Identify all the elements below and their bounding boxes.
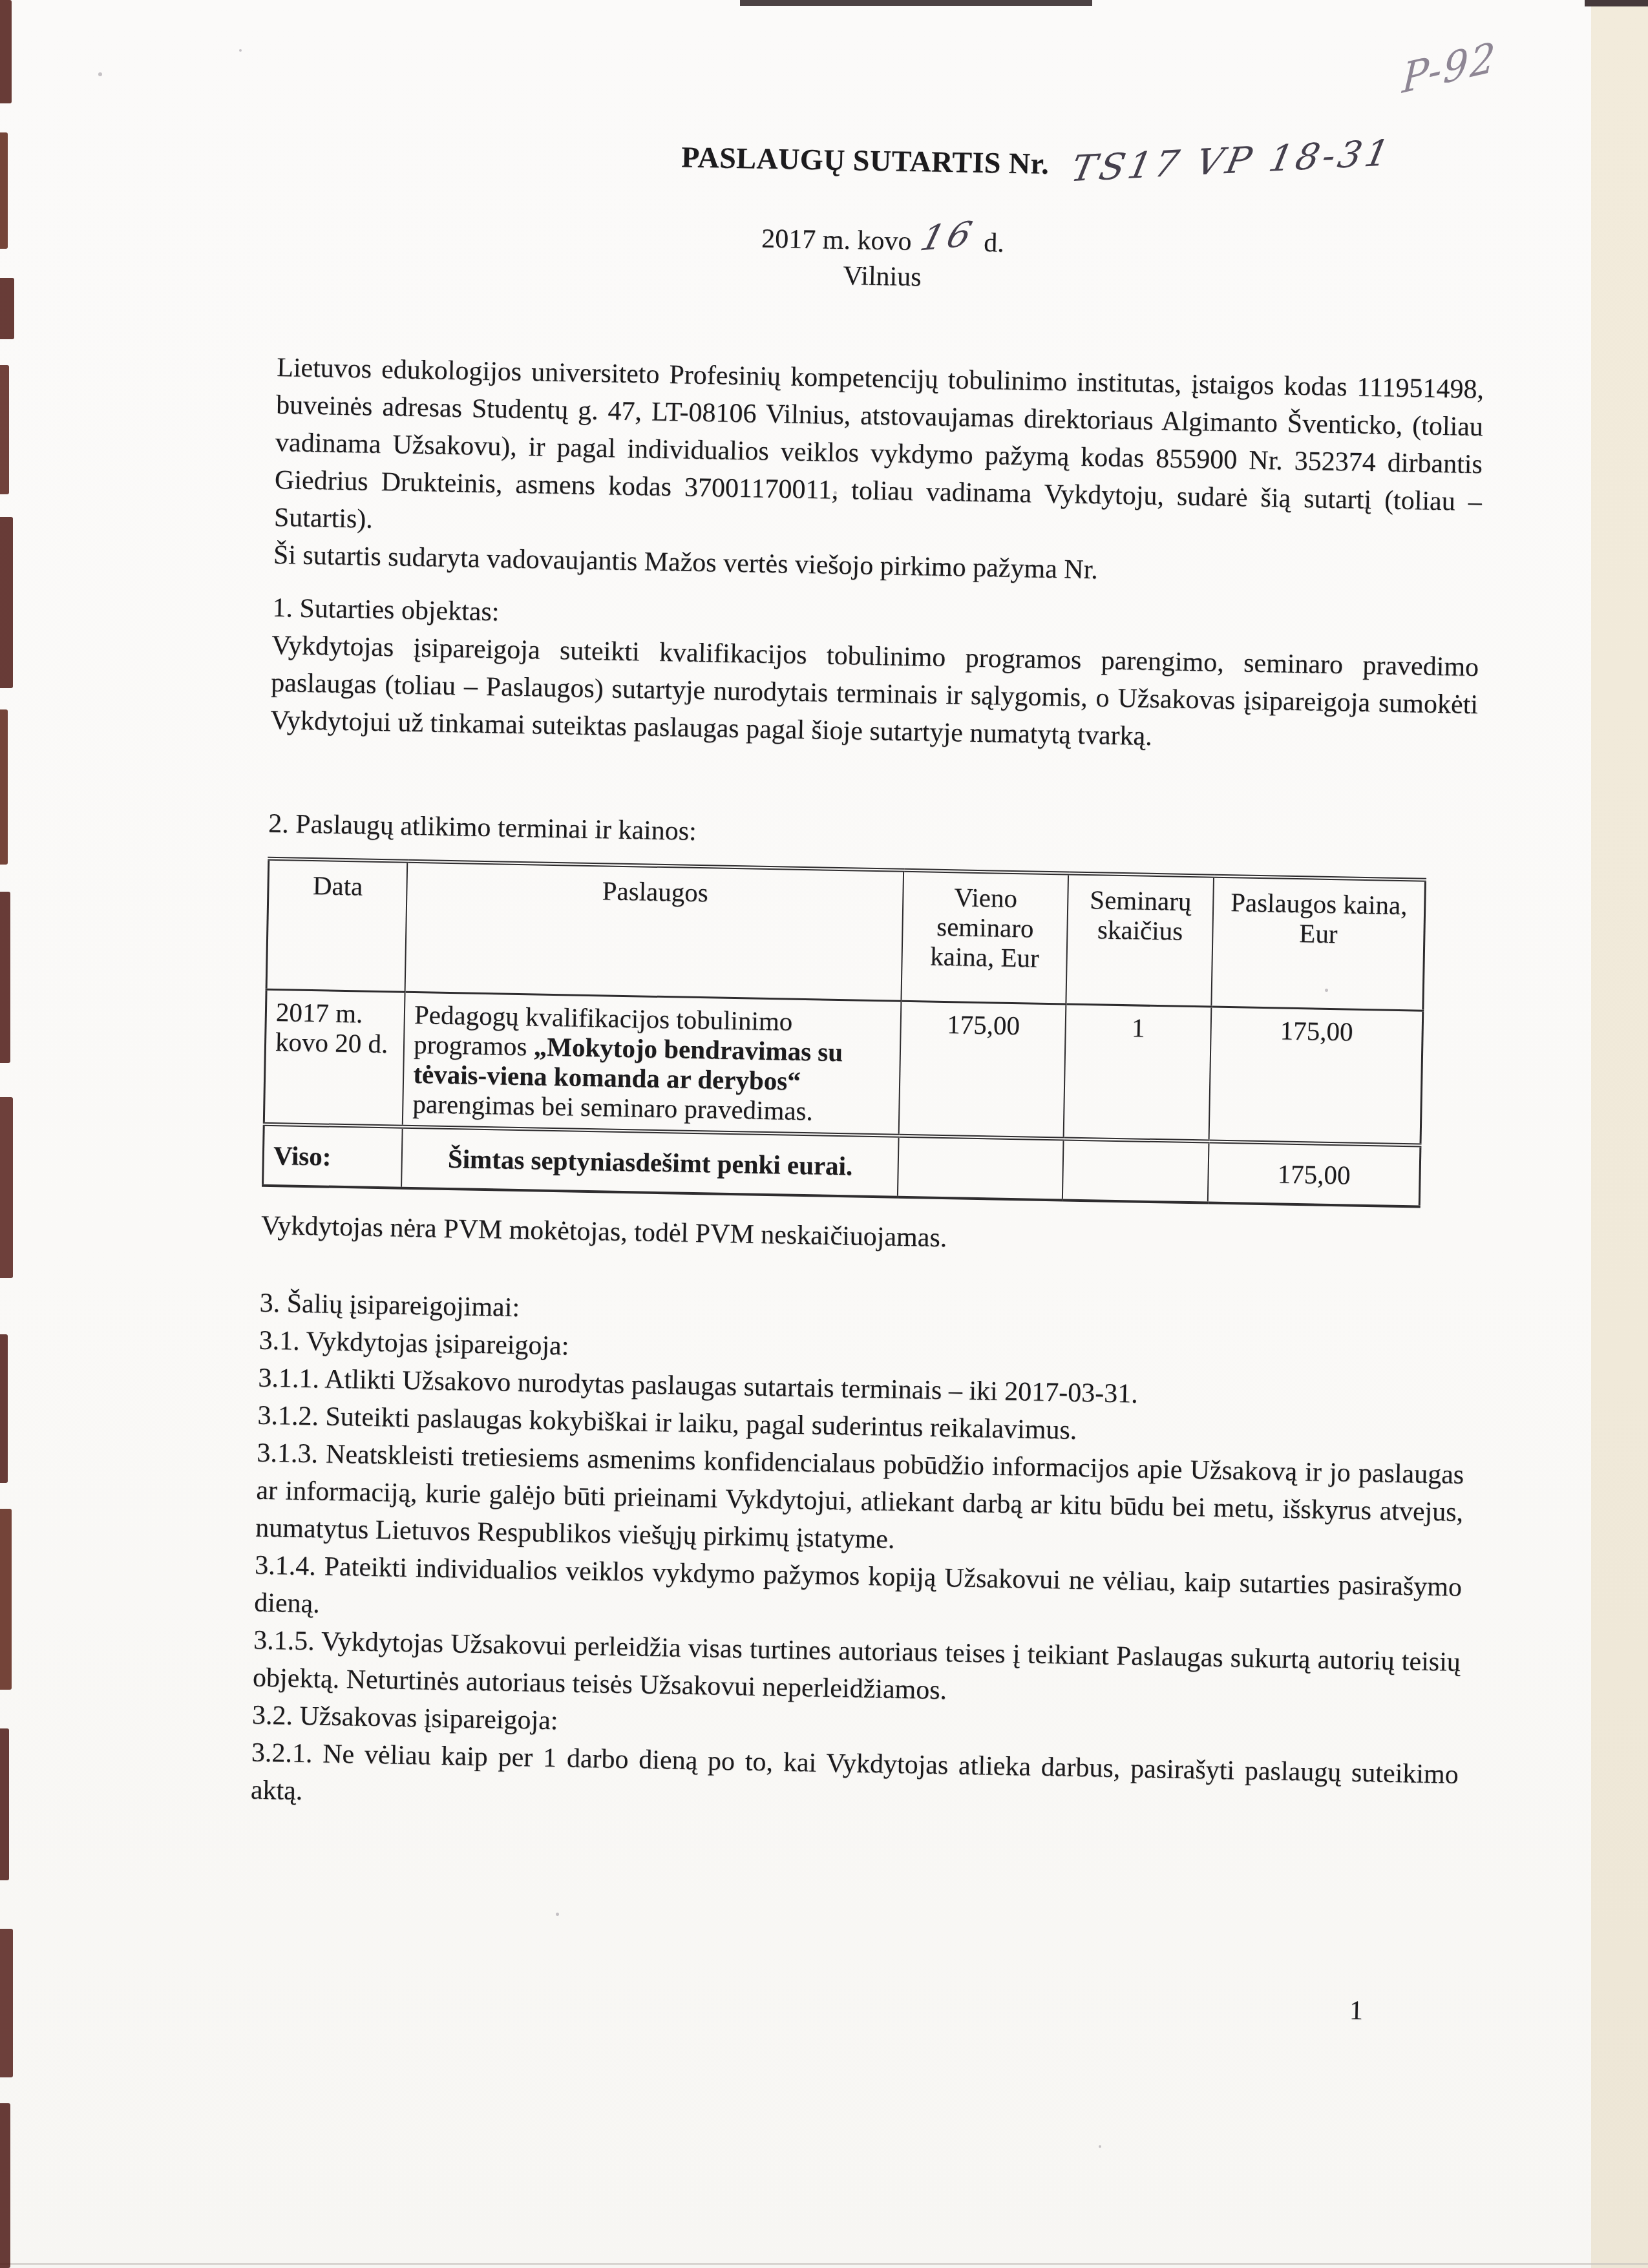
total-empty-2 [1062, 1139, 1209, 1202]
total-label: Viso: [263, 1124, 403, 1188]
services-table-wrap: Data Paslaugos Vieno seminaro kaina, Eur… [262, 857, 1426, 1208]
total-empty-1 [898, 1136, 1063, 1201]
services-table: Data Paslaugos Vieno seminaro kaina, Eur… [262, 857, 1426, 1208]
scan-artifact [0, 517, 13, 688]
section-2-heading: 2. Paslaugų atlikimo terminai ir kainos: [268, 805, 1476, 865]
col-header-paslaugos: Paslaugos [405, 861, 904, 1002]
scan-artifact [0, 1334, 8, 1483]
scan-speck [98, 72, 102, 76]
date-day-handwriting: 16 [916, 215, 979, 257]
col-header-total-price: Paslaugos kaina, Eur [1211, 876, 1425, 1011]
document-title: PASLAUGŲ SUTARTIS Nr. [681, 140, 1050, 180]
section-3: 3. Šalių įsipareigojimai: 3.1. Vykdytoja… [250, 1285, 1467, 1831]
total-in-words: Šimtas septyniasdešimt penki eurai. [401, 1127, 899, 1197]
cell-unit-price: 175,00 [899, 1001, 1066, 1139]
scan-artifact [0, 132, 8, 249]
scan-artifact [0, 892, 10, 1063]
cell-seminar-count: 1 [1064, 1004, 1212, 1142]
scan-artifact [0, 2103, 10, 2268]
scan-artifact [0, 709, 8, 865]
col-header-unit-price: Vieno seminaro kaina, Eur [902, 870, 1068, 1004]
scan-edge-mark-top [740, 0, 1092, 6]
scanned-contract-page: P-92 PASLAUGŲ SUTARTIS Nr. TS17 VP 18-31… [0, 0, 1648, 2268]
cell-total-price: 175,00 [1209, 1007, 1423, 1145]
scan-artifact [0, 1728, 9, 1880]
scan-artifact [0, 1929, 13, 2077]
scan-artifact [0, 278, 14, 339]
date-suffix: d. [984, 228, 1004, 258]
intro-paragraphs: Lietuvos edukologijos universiteto Profe… [273, 349, 1484, 596]
vat-note: Vykdytojas nėra PVM mokėtojas, todėl PVM… [260, 1207, 1468, 1266]
scan-artifact [0, 0, 12, 103]
table-row: 2017 m. kovo 20 d. Pedagogų kvalifikacij… [264, 989, 1423, 1145]
scan-edge-mark-top-right [1585, 0, 1648, 6]
cell-description: Pedagogų kvalifikacijos tobulinimo progr… [403, 992, 902, 1136]
scan-artifact [0, 365, 9, 494]
scan-edge-line-bottom [0, 2263, 1648, 2265]
intro-paragraph-1: Lietuvos edukologijos universiteto Profe… [273, 349, 1484, 558]
total-amount: 175,00 [1208, 1142, 1421, 1207]
contract-body: PASLAUGŲ SUTARTIS Nr. TS17 VP 18-31 2017… [244, 129, 1488, 2154]
col-header-data: Data [266, 859, 407, 992]
date-prefix: 2017 m. kovo [761, 224, 912, 257]
scanner-margin-band [1591, 0, 1648, 2268]
table-header-row: Data Paslaugos Vieno seminaro kaina, Eur… [266, 859, 1425, 1011]
page-number: 1 [1349, 1992, 1388, 2030]
section-1-body: Vykdytojas įsipareigoja suteikti kvalifi… [270, 627, 1479, 761]
scan-artifact [0, 1097, 13, 1278]
document-title-line: PASLAUGŲ SUTARTIS Nr. TS17 VP 18-31 [681, 136, 1488, 192]
scan-artifact [0, 1509, 12, 1690]
clause-3-1-3: 3.1.3. Neatskleisti tretiesiems asmenims… [255, 1434, 1464, 1569]
contract-number-handwriting: TS17 VP 18-31 [1068, 135, 1395, 189]
col-header-seminar-count: Seminarų skaičius [1066, 874, 1214, 1007]
scan-speck [239, 49, 242, 52]
cell-date: 2017 m. kovo 20 d. [264, 989, 405, 1126]
case-mark-handwriting: P-92 [1401, 32, 1498, 103]
